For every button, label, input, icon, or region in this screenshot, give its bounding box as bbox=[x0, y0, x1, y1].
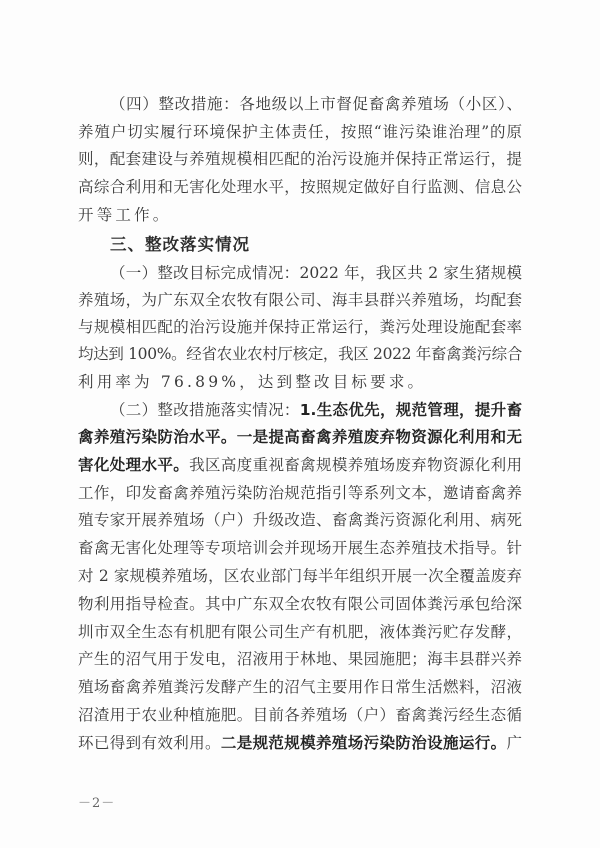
paragraph-goals-line-3: 与规模相匹配的治污设施并保持正常运行，粪污处理设施配套率 bbox=[78, 315, 522, 339]
paragraph-implementation-line-3: 害化处理水平。我区高度重视畜禽规模养殖场废弃物资源化利用 bbox=[78, 453, 522, 477]
text-segment: 沼渣用于农业种植施肥。目前各养殖场（户）畜禽粪污经生态循 bbox=[78, 706, 522, 724]
text-segment: 工作，印发畜禽养殖污染防治规范指引等系列文本，邀请畜禽养 bbox=[78, 484, 522, 502]
text-segment: 物利用指导检查。其中广东双全农牧有限公司固体粪污承包给深 bbox=[78, 595, 522, 613]
text-segment: 畜禽无害化处理等专项培训会并现场开展生态养殖技术指导。针 bbox=[78, 539, 522, 557]
text-segment: 与规模相匹配的治污设施并保持正常运行，粪污处理设施配套率 bbox=[78, 318, 522, 336]
paragraph-implementation-line-11: 殖场畜禽养殖粪污发酵产生的沼气主要用作日常生活燃料，沼液 bbox=[78, 675, 522, 699]
text-segment: 利用率为 76.89%，达到整改目标要求。 bbox=[78, 373, 426, 391]
bold-segment: 禽养殖污染防治水平。一是提高畜禽养殖废弃物资源化利用和无 bbox=[78, 428, 522, 446]
paragraph-implementation-line-4: 工作，印发畜禽养殖污染防治规范指引等系列文本，邀请畜禽养 bbox=[78, 481, 522, 505]
paragraph-measures-line-2: 养殖户切实履行环境保护主体责任，按照“谁污染谁治理”的原 bbox=[78, 120, 522, 144]
text-segment: 殖场畜禽养殖粪污发酵产生的沼气主要用作日常生活燃料，沼液 bbox=[78, 678, 522, 696]
text-segment: 产生的沼气用于发电，沼液用于林地、果园施肥；海丰县群兴养 bbox=[78, 650, 522, 668]
paragraph-implementation-line-12: 沼渣用于农业种植施肥。目前各养殖场（户）畜禽粪污经生态循 bbox=[78, 703, 522, 727]
section-heading: 三、整改落实情况 bbox=[110, 233, 522, 257]
text-segment: 我区高度重视畜禽规模养殖场废弃物资源化利用 bbox=[189, 456, 522, 474]
text-segment: （一）整改目标完成情况：2022 年，我区共 2 家生猪规模 bbox=[110, 264, 522, 282]
text-segment: 高综合利用和无害化处理水平，按照规定做好自行监测、信息公 bbox=[78, 178, 522, 196]
text-segment: 广 bbox=[506, 734, 522, 752]
paragraph-measures-line-4: 高综合利用和无害化处理水平，按照规定做好自行监测、信息公 bbox=[78, 175, 522, 199]
heading-text: 三、整改落实情况 bbox=[110, 235, 250, 254]
bold-segment: 二是规范规模养殖场污染防治设施运行。 bbox=[221, 734, 507, 752]
paragraph-implementation-line-1: （二）整改措施落实情况：1.生态优先，规范管理，提升畜 bbox=[110, 398, 522, 422]
paragraph-measures-line-5: 开等工作。 bbox=[78, 203, 522, 227]
paragraph-goals-line-2: 养殖场，为广东双全农牧有限公司、海丰县群兴养殖场，均配套 bbox=[78, 288, 522, 312]
text-segment: 环已得到有效利用。 bbox=[78, 734, 221, 752]
text-segment: 对 2 家规模养殖场，区农业部门每半年组织开展一次全覆盖废弃 bbox=[78, 567, 522, 585]
bold-segment: 1.生态优先，规范管理，提升畜 bbox=[300, 401, 522, 419]
text-segment: 均达到 100%。经省农业农村厅核定，我区 2022 年畜禽粪污综合 bbox=[78, 345, 522, 363]
paragraph-goals-line-5: 利用率为 76.89%，达到整改目标要求。 bbox=[78, 370, 522, 394]
text-segment: 养殖场，为广东双全农牧有限公司、海丰县群兴养殖场，均配套 bbox=[78, 291, 522, 309]
text-segment: （二）整改措施落实情况： bbox=[110, 401, 300, 419]
bold-segment: 害化处理水平。 bbox=[78, 456, 189, 474]
text-segment: 开等工作。 bbox=[78, 206, 172, 224]
paragraph-goals-line-4: 均达到 100%。经省农业农村厅核定，我区 2022 年畜禽粪污综合 bbox=[78, 342, 522, 366]
text-segment: 养殖户切实履行环境保护主体责任，按照“谁污染谁治理”的原 bbox=[78, 123, 522, 141]
paragraph-implementation-line-8: 物利用指导检查。其中广东双全农牧有限公司固体粪污承包给深 bbox=[78, 592, 522, 616]
text-segment: 殖专家开展养殖场（户）升级改造、畜禽粪污资源化利用、病死 bbox=[78, 511, 522, 529]
paragraph-measures-line-1: （四）整改措施：各地级以上市督促畜禽养殖场（小区）、 bbox=[110, 92, 522, 116]
text-segment: （四）整改措施：各地级以上市督促畜禽养殖场（小区）、 bbox=[110, 95, 522, 113]
page-number: －2－ bbox=[78, 792, 115, 811]
paragraph-goals-line-1: （一）整改目标完成情况：2022 年，我区共 2 家生猪规模 bbox=[110, 261, 522, 285]
paragraph-implementation-line-13: 环已得到有效利用。二是规范规模养殖场污染防治设施运行。广 bbox=[78, 731, 522, 755]
paragraph-implementation-line-2: 禽养殖污染防治水平。一是提高畜禽养殖废弃物资源化利用和无 bbox=[78, 425, 522, 449]
text-segment: 圳市双全生态有机肥有限公司生产有机肥，液体粪污贮存发酵， bbox=[78, 623, 522, 641]
paragraph-implementation-line-6: 畜禽无害化处理等专项培训会并现场开展生态养殖技术指导。针 bbox=[78, 536, 522, 560]
paragraph-implementation-line-9: 圳市双全生态有机肥有限公司生产有机肥，液体粪污贮存发酵， bbox=[78, 620, 522, 644]
paragraph-implementation-line-5: 殖专家开展养殖场（户）升级改造、畜禽粪污资源化利用、病死 bbox=[78, 508, 522, 532]
paragraph-implementation-line-10: 产生的沼气用于发电，沼液用于林地、果园施肥；海丰县群兴养 bbox=[78, 647, 522, 671]
paragraph-implementation-line-7: 对 2 家规模养殖场，区农业部门每半年组织开展一次全覆盖废弃 bbox=[78, 564, 522, 588]
document-page: （四）整改措施：各地级以上市督促畜禽养殖场（小区）、 养殖户切实履行环境保护主体… bbox=[0, 0, 600, 848]
text-segment: 则，配套建设与养殖规模相匹配的治污设施并保持正常运行，提 bbox=[78, 150, 522, 168]
paragraph-measures-line-3: 则，配套建设与养殖规模相匹配的治污设施并保持正常运行，提 bbox=[78, 147, 522, 171]
